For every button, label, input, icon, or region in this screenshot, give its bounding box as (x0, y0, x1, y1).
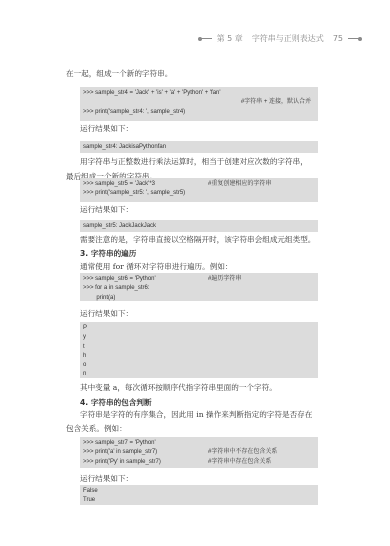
output-block: sample_str4: JackisaPythonfan (80, 141, 318, 153)
header-left-ornament (200, 38, 212, 39)
code-text: >>> print('Py' in sample_str7) (83, 459, 161, 465)
run-label: 运行结果如下： (80, 122, 133, 135)
code-line: >>> sample_str6 = 'Python'#遍历字符串 (83, 275, 315, 284)
paragraph: 字符串是字符的有序集合，因此用 in 操作来判断指定的字符是否存在 (80, 408, 312, 421)
run-label: 运行结果如下： (80, 307, 133, 320)
output-line: sample_str4: JackisaPythonfan (83, 143, 315, 152)
paragraph: 包含关系。例如： (66, 422, 127, 435)
code-line: >>> print('sample_str4: ', sample_str4) (83, 108, 315, 117)
run-label: 运行结果如下： (80, 203, 133, 216)
output-line: o (83, 361, 315, 370)
code-comment: #字符串中不存在包含关系 (208, 448, 277, 457)
output-line: y (83, 333, 315, 342)
output-line: h (83, 352, 315, 361)
running-header: 第 5 章 字符串与正则表达式 75 (200, 33, 360, 44)
code-text: >>> sample_str5 = 'Jack'*3 (83, 181, 155, 187)
code-line: >>> print('Py' in sample_str7)#字符串中存在包含关… (83, 458, 315, 467)
page-number: 75 (333, 34, 343, 43)
section-heading: 3. 字符串的遍历 (80, 248, 136, 259)
code-block: >>> sample_str5 = 'Jack'*3#重复创建相应的字符串 >>… (80, 178, 318, 202)
output-line: P (83, 324, 315, 333)
code-line: >>> for a in sample_str6: (83, 284, 315, 293)
code-line: >>> sample_str4 = 'Jack' + 'is' + 'a' + … (83, 89, 315, 98)
code-line: >>> sample_str7 = 'Python' (83, 439, 315, 448)
output-block: sample_str5: JackJackJack (80, 220, 318, 232)
paragraph: 通常使用 for 循环对字符串进行遍历。例如： (80, 260, 233, 273)
code-line: >>> sample_str5 = 'Jack'*3#重复创建相应的字符串 (83, 180, 315, 189)
paragraph: 需要注意的是，字符串直接以空格隔开时，该字符串会组成元组类型。 (80, 233, 315, 246)
paragraph: 在一起，组成一个新的字符串。 (66, 67, 172, 80)
code-block: >>> sample_str7 = 'Python' >>> print('a'… (80, 437, 318, 468)
output-block: P y t h o n (80, 322, 318, 378)
code-line: print(a) (83, 294, 315, 303)
code-block: >>> sample_str6 = 'Python'#遍历字符串 >>> for… (80, 273, 318, 301)
chapter-number: 第 5 章 (217, 33, 243, 44)
code-comment: #字符串 + 连接，默认合并 (241, 98, 311, 107)
section-heading: 4. 字符串的包含判断 (80, 397, 152, 408)
code-line: >>> print('sample_str5: ', sample_str5) (83, 189, 315, 198)
output-line: False (83, 487, 315, 496)
code-line: >>> print('a' in sample_str7)#字符串中不存在包含关… (83, 448, 315, 457)
code-comment: #遍历字符串 (208, 275, 241, 284)
paragraph: 用字符串与正整数进行乘法运算时，相当于创建对应次数的字符串， (80, 155, 308, 168)
paragraph: 其中变量 a，每次循环按顺序代指字符串里面的一个字符。 (80, 381, 277, 394)
chapter-title: 字符串与正则表达式 (252, 33, 324, 44)
output-line: n (83, 370, 315, 379)
run-label: 运行结果如下： (80, 472, 133, 485)
code-text: >>> sample_str6 = 'Python' (83, 276, 156, 282)
code-line: #字符串 + 连接，默认合并 (83, 98, 315, 107)
output-line: t (83, 343, 315, 352)
header-right-ornament (348, 38, 360, 39)
output-block: False True (80, 485, 318, 505)
code-text: >>> print('a' in sample_str7) (83, 449, 157, 455)
code-comment: #字符串中存在包含关系 (208, 458, 271, 467)
output-line: sample_str5: JackJackJack (83, 222, 315, 231)
code-comment: #重复创建相应的字符串 (208, 180, 271, 189)
output-line: True (83, 496, 315, 505)
code-block: >>> sample_str4 = 'Jack' + 'is' + 'a' + … (80, 87, 318, 121)
